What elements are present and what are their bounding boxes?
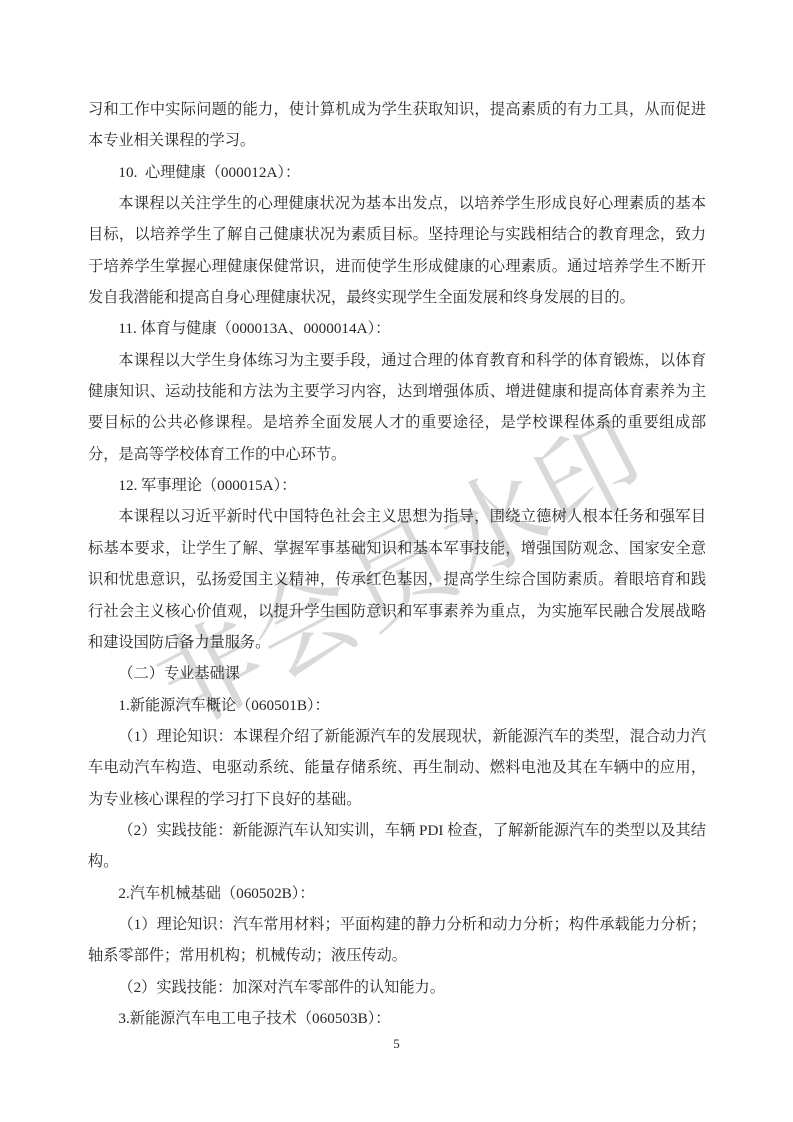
paragraph-body: 本课程以关注学生的心理健康状况为基本出发点，以培养学生形成良好心理素质的基本目标… [88,188,706,313]
paragraph-body: （1）理论知识：汽车常用材料；平面构建的静力分析和动力分析；构件承载能力分析；轴… [88,909,706,972]
paragraph-heading: 1.新能源汽车概论（060501B）： [88,690,706,721]
paragraph-heading: 10. 心理健康（000012A）： [88,157,706,188]
page-number: 5 [0,1036,793,1052]
paragraph-body: （2）实践技能：新能源汽车认知实训，车辆 PDI 检查，了解新能源汽车的类型以及… [88,815,706,878]
paragraph-heading: 11. 体育与健康（000013A、0000014A）： [88,313,706,344]
paragraph-heading: 2.汽车机械基础（060502B）： [88,878,706,909]
paragraph-body: （2）实践技能：加深对汽车零部件的认知能力。 [88,972,706,1003]
paragraph-heading: 3.新能源汽车电工电子技术（060503B）： [88,1003,706,1034]
paragraph-body: 本课程以大学生身体练习为主要手段，通过合理的体育教育和科学的体育锻炼，以体育健康… [88,345,706,470]
paragraph-body: （1）理论知识：本课程介绍了新能源汽车的发展现状，新能源汽车的类型，混合动力汽车… [88,721,706,815]
paragraph-heading: （二）专业基础课 [88,658,706,689]
paragraph-heading: 12. 军事理论（000015A）： [88,470,706,501]
document-body: 习和工作中实际问题的能力，使计算机成为学生获取知识，提高素质的有力工具，从而促进… [88,94,706,1034]
paragraph-body: 本课程以习近平新时代中国特色社会主义思想为指导，围绕立德树人根本任务和强军目标基… [88,501,706,658]
document-page: 非会员水印 习和工作中实际问题的能力，使计算机成为学生获取知识，提高素质的有力工… [0,0,793,1122]
paragraph-continuation: 习和工作中实际问题的能力，使计算机成为学生获取知识，提高素质的有力工具，从而促进… [88,94,706,157]
